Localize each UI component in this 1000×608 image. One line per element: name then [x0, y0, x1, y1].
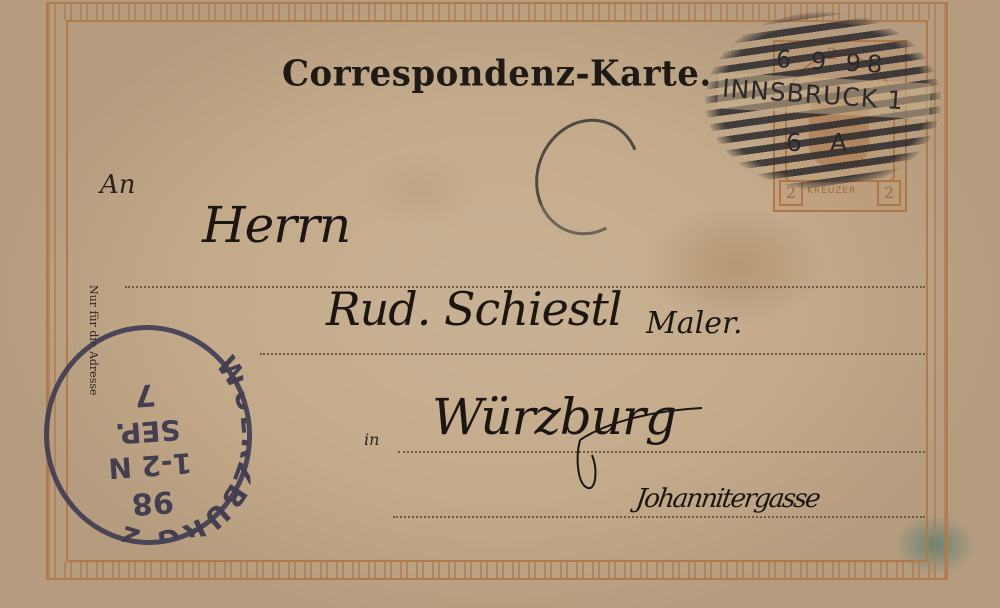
postmark-city-arc: WUERZBURG 2 [42, 323, 254, 546]
stamp-value-right: 2 [877, 180, 901, 206]
addressee-prefix: An [100, 170, 136, 200]
city-prefix: in [364, 430, 379, 449]
destination-postmark: 98 1-2 N SEP. 7 WUERZBURG 2 [37, 318, 260, 552]
origin-postmark-date: 6 9 98 [775, 45, 889, 79]
origin-postmark-time: 6 A [786, 128, 857, 157]
card-title: Correspondenz-Karte. [282, 53, 712, 95]
handwritten-salutation: Herrn [202, 196, 350, 254]
handwritten-name: Rud. Schiestl [326, 282, 622, 336]
svg-text:WUERZBURG 2: WUERZBURG 2 [101, 348, 254, 547]
address-line-2 [260, 353, 925, 355]
postcard-paper: Correspondenz-Karte. 2 2 KREUZER 2 6 9 9… [0, 0, 1000, 608]
address-line-4 [393, 516, 925, 518]
handwritten-occupation: Maler. [646, 306, 743, 341]
city-flourish [570, 400, 710, 490]
postmark-city: WUERZBURG 2 [101, 348, 254, 547]
handwritten-street: Johannitergasse [634, 484, 821, 514]
